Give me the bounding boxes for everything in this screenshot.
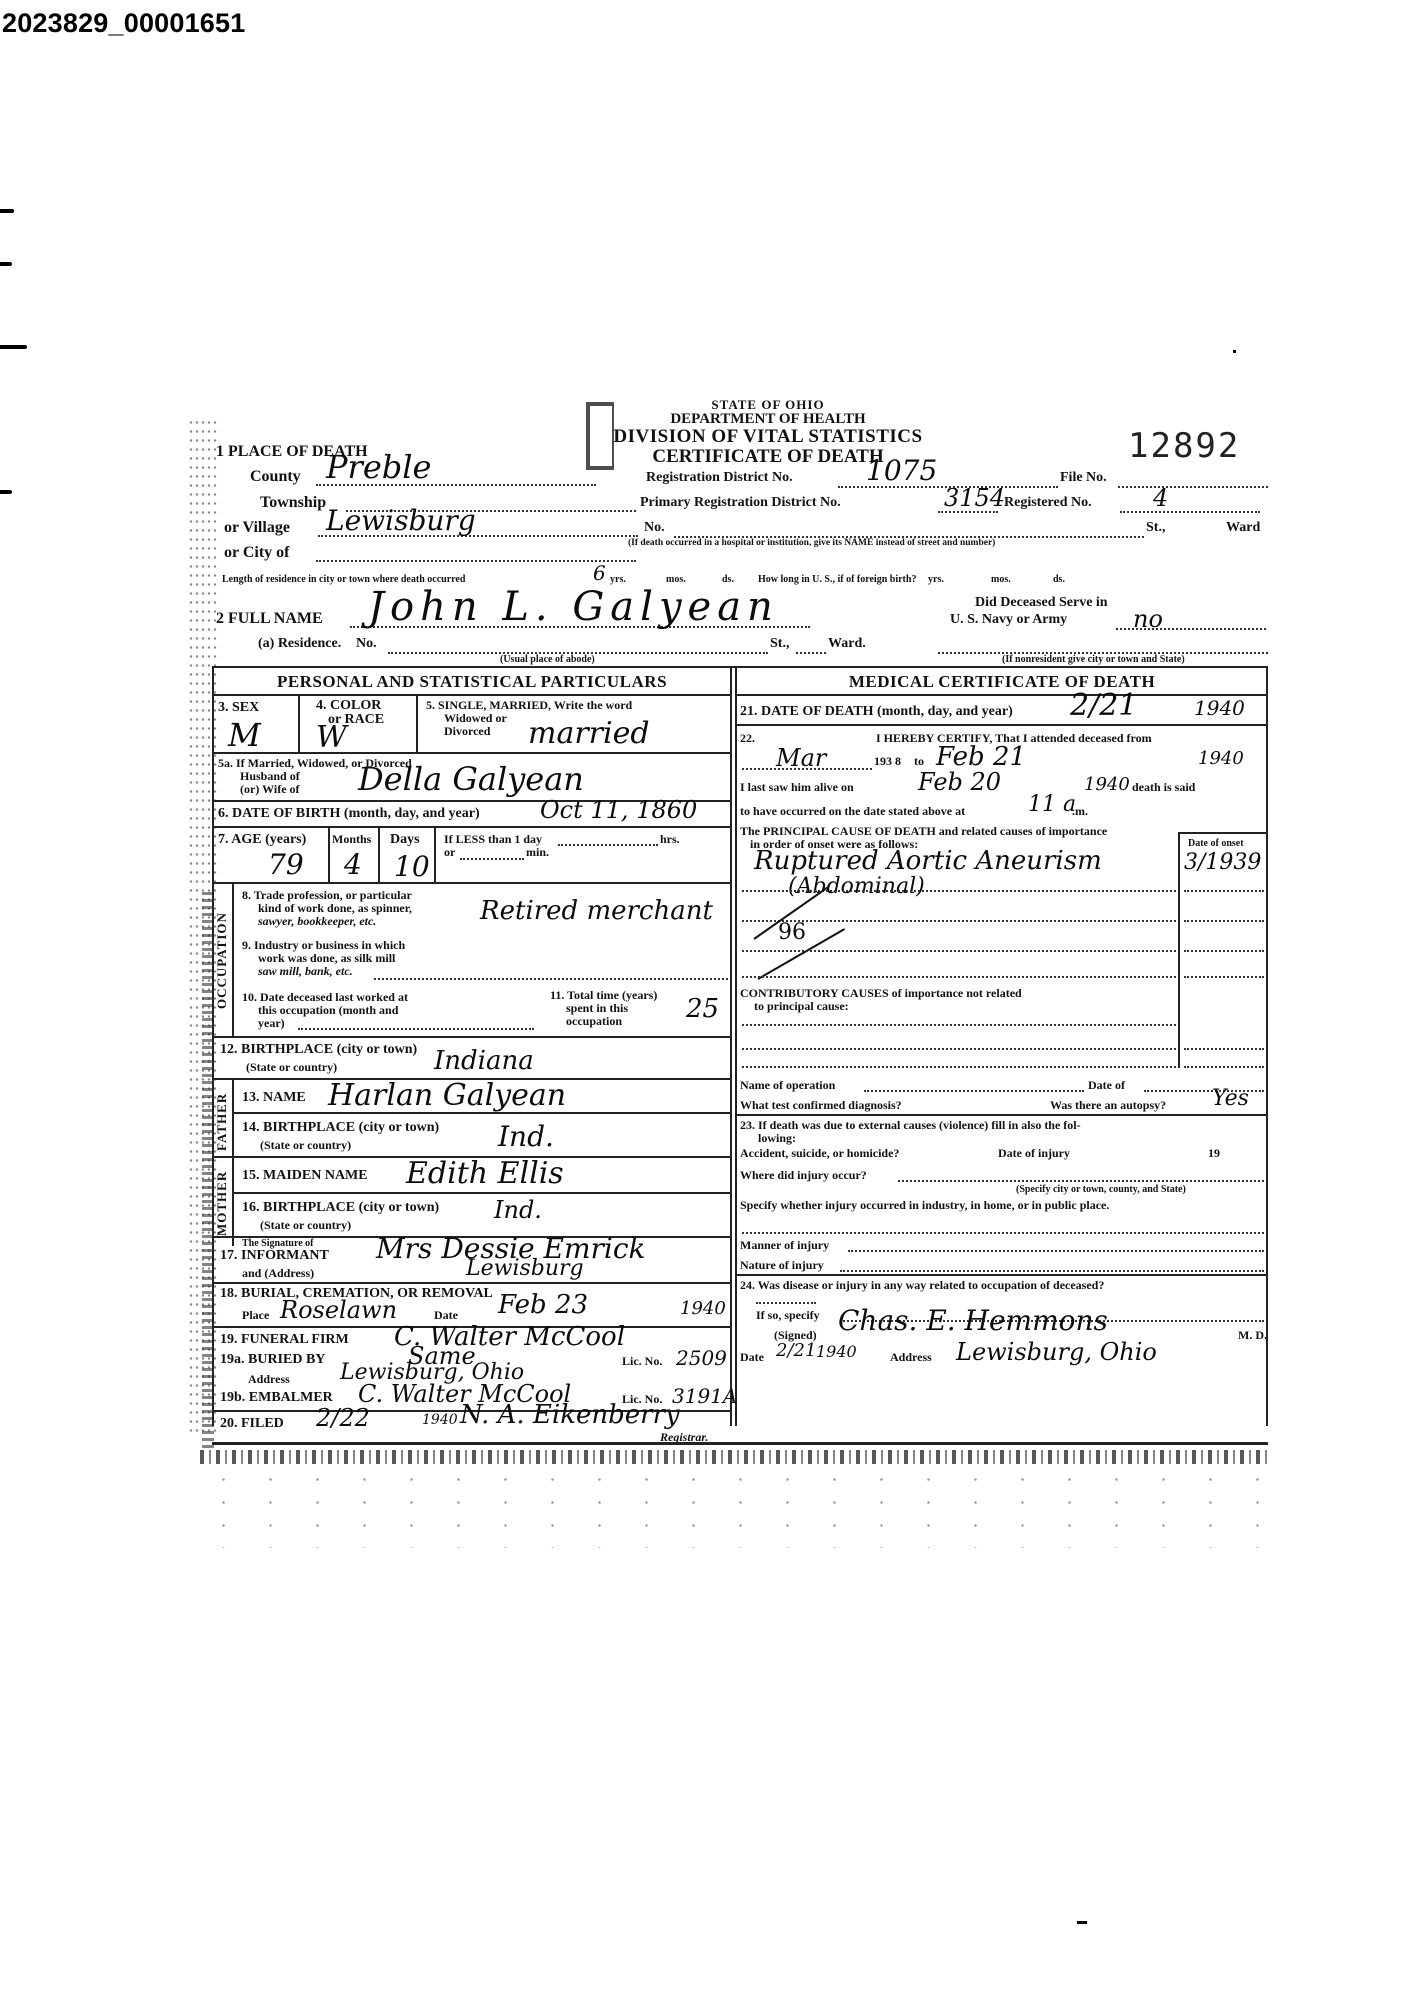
township-label: Township: [260, 494, 326, 512]
mos-label: mos.: [991, 574, 1011, 585]
informant-address-value: Lewisburg: [466, 1256, 584, 1281]
ds-label: ds.: [1053, 574, 1065, 585]
father-name-label: 13. NAME: [242, 1090, 306, 1106]
filed-label: 20. FILED: [220, 1416, 284, 1432]
sex-value: M: [228, 716, 261, 754]
physician-address-value: Lewisburg, Ohio: [956, 1338, 1157, 1366]
file-number-stamp: 12892: [1128, 426, 1240, 466]
registered-no-label: Registered No.: [1004, 495, 1092, 511]
injury-where-label: Where did injury occur?: [740, 1168, 867, 1183]
divider: [735, 1114, 1266, 1116]
buried-by-lic-label: Lic. No.: [622, 1354, 662, 1369]
county-value: Preble: [326, 448, 431, 486]
nature-label: Nature of injury: [740, 1258, 824, 1273]
months-label: Months: [332, 832, 371, 847]
father-birthplace-state-label: (State or country): [260, 1138, 351, 1153]
dotted-line: [1118, 486, 1268, 488]
burial-date-value: Feb 23: [498, 1290, 588, 1320]
primary-district-value: 3154: [944, 484, 1005, 512]
dotted-line: [1184, 920, 1264, 922]
dotted-line: [1120, 511, 1260, 513]
autopsy-label: Was there an autopsy?: [1050, 1098, 1166, 1113]
division-title: DIVISION OF VITAL STATISTICS: [598, 427, 938, 447]
dod-label: 21. DATE OF DEATH (month, day, and year): [740, 704, 1013, 720]
attended-from-year: 193 8: [874, 754, 901, 769]
embalmer-lic-value: 3191A: [672, 1384, 737, 1408]
divider: [735, 724, 1266, 726]
registration-district-label: Registration District No.: [646, 470, 793, 486]
residence-ward-label: Ward.: [828, 636, 866, 652]
dotted-line: [742, 1232, 1264, 1234]
frame-left: [212, 666, 214, 1426]
dotted-line: [316, 560, 636, 562]
dotted-line: [742, 1024, 1176, 1026]
document-id: 2023829_00001651: [2, 8, 245, 39]
foreign-birth-label: How long in U. S., if of foreign birth?: [758, 574, 916, 585]
trade-value: Retired merchant: [480, 896, 713, 926]
primary-district-label: Primary Registration District No.: [640, 495, 841, 511]
industry-label-3: saw mill, bank, etc.: [258, 964, 353, 979]
divider: [434, 826, 436, 882]
divider: [212, 666, 1268, 668]
to-label: to: [914, 754, 924, 769]
hospital-note: (If death occurred in a hospital or inst…: [628, 538, 995, 548]
attended-from-value: Mar: [776, 744, 826, 772]
external-causes-label-2: lowing:: [758, 1131, 796, 1146]
if-so-label: If so, specify: [756, 1308, 820, 1323]
principal-cause-sub: (Abdominal): [788, 874, 925, 899]
father-name-value: Harlan Galyean: [328, 1078, 566, 1113]
divider: [232, 1078, 234, 1246]
full-name-label: 2 FULL NAME: [216, 610, 323, 628]
birthplace-value: Indiana: [434, 1046, 534, 1076]
onset-column-divider: [1178, 832, 1180, 1010]
dod-year: 1940: [1194, 696, 1245, 720]
dotted-line: [848, 1250, 1264, 1252]
divider: [416, 694, 418, 752]
mother-vertical-label: MOTHER: [214, 1160, 230, 1246]
village-value: Lewisburg: [326, 504, 476, 537]
dotted-line: [742, 1066, 1176, 1068]
injury-date-label: Date of injury: [998, 1146, 1070, 1161]
filed-year: 1940: [422, 1412, 458, 1428]
dod-value: 2/21: [1070, 688, 1137, 723]
funeral-firm-label: 19. FUNERAL FIRM: [220, 1332, 349, 1348]
hrs-label: hrs.: [660, 832, 680, 847]
village-label: or Village: [224, 519, 290, 537]
mother-birthplace-state-label: (State or country): [260, 1218, 351, 1233]
medical-section-title: MEDICAL CERTIFICATE OF DEATH: [738, 672, 1266, 692]
dotted-line: [1184, 976, 1264, 978]
residence-no-label: No.: [356, 636, 377, 652]
physician-signature: Chas. E. Hemmons: [838, 1304, 1108, 1337]
dotted-line: [1184, 1048, 1264, 1050]
registered-no-value: 4: [1153, 484, 1168, 512]
principal-cause-value: Ruptured Aortic Aneurism: [754, 846, 1102, 876]
marital-label-divorced: Divorced: [444, 724, 490, 739]
dotted-line: [1184, 890, 1264, 892]
trade-label-3: sawyer, bookkeeper, etc.: [258, 914, 376, 929]
total-time-label-3: occupation: [566, 1014, 622, 1029]
divider: [378, 826, 380, 882]
margin-mark: [0, 209, 14, 213]
military-label-1: Did Deceased Serve in: [975, 595, 1108, 611]
father-birthplace-label: 14. BIRTHPLACE (city or town): [242, 1120, 439, 1136]
death-said-label: death is said: [1132, 780, 1195, 795]
length-residence-value: 6: [593, 561, 606, 585]
yrs-label: yrs.: [928, 574, 944, 585]
last-worked-label-3: year): [258, 1016, 285, 1031]
military-label-2: U. S. Navy or Army: [950, 612, 1067, 628]
age-months-value: 4: [344, 848, 362, 881]
divider: [212, 882, 730, 884]
residence-st-label: St.,: [770, 636, 789, 652]
total-time-value: 25: [686, 994, 719, 1024]
buried-by-label: 19a. BURIED BY: [220, 1352, 325, 1368]
attended-to-year: 1940: [1198, 748, 1244, 769]
burial-place-label: Place: [242, 1308, 269, 1323]
mother-birthplace-label: 16. BIRTHPLACE (city or town): [242, 1200, 439, 1216]
dob-value: Oct 11, 1860: [540, 796, 697, 824]
dotted-line: [840, 1270, 1264, 1272]
divider: [298, 694, 300, 752]
department-title: DEPARTMENT OF HEALTH: [598, 412, 938, 428]
divider: [735, 1274, 1266, 1276]
dotted-line: [898, 1180, 1264, 1182]
registration-district-value: 1075: [866, 454, 937, 487]
personal-section-title: PERSONAL AND STATISTICAL PARTICULARS: [214, 672, 730, 692]
dotted-line: [742, 976, 1176, 978]
occupation-vertical-label: OCCUPATION: [214, 888, 230, 1034]
nonresident-note: (If nonresident give city or town and St…: [1002, 654, 1185, 665]
dotted-line: [460, 858, 524, 860]
dob-label: 6. DATE OF BIRTH (month, day, and year): [218, 806, 480, 822]
dotted-line: [1184, 1066, 1264, 1068]
marital-value: married: [528, 716, 650, 751]
injury-year-label: 19: [1208, 1146, 1220, 1161]
date-onset-label: Date of onset: [1188, 838, 1244, 849]
injury-specify-note: (Specify city or town, county, and State…: [1016, 1184, 1186, 1195]
dotted-line: [374, 978, 728, 980]
death-certificate: STATE OF OHIO DEPARTMENT OF HEALTH DIVIS…: [198, 398, 1270, 1460]
usual-abode-note: (Usual place of abode): [500, 654, 595, 665]
wife-of-label: (or) Wife of: [240, 782, 300, 797]
dotted-line: [864, 1090, 1084, 1092]
father-vertical-label: FATHER: [214, 1082, 230, 1162]
column-divider: [735, 666, 737, 1426]
dotted-line: [742, 890, 1176, 892]
physician-address-label: Address: [890, 1350, 932, 1365]
occupation-related-label: 24. Was disease or injury in any way rel…: [740, 1278, 1104, 1293]
injury-place-note: Specify whether injury occurred in indus…: [740, 1198, 1109, 1213]
color-value: W: [316, 720, 347, 755]
onset-column-divider: [1178, 1010, 1180, 1068]
filed-value: 2/22: [316, 1404, 370, 1432]
dotted-line: [298, 1028, 534, 1030]
occurred-time: 11 a: [1028, 792, 1076, 817]
operation-date-label: Date of: [1088, 1078, 1125, 1093]
divider: [735, 694, 1266, 696]
column-divider: [730, 666, 732, 1426]
mother-maiden-label: 15. MAIDEN NAME: [242, 1168, 368, 1184]
test-label: What test confirmed diagnosis?: [740, 1098, 902, 1113]
dotted-line: [796, 652, 826, 654]
state-title: STATE OF OHIO: [598, 398, 938, 412]
margin-mark: [0, 262, 12, 266]
city-label: or City of: [224, 544, 289, 562]
contributory-label-2: to principal cause:: [754, 999, 849, 1014]
occurred-suffix: .m.: [1072, 804, 1088, 819]
occurred-label: to have occurred on the date stated abov…: [740, 804, 965, 819]
dotted-line: [742, 1048, 1176, 1050]
dotted-line: [756, 1302, 816, 1304]
burial-date-label: Date: [434, 1308, 458, 1323]
dotted-line: [1184, 950, 1264, 952]
frame-bottom: [212, 1442, 1268, 1445]
divider: [212, 1282, 730, 1284]
st-label: St.,: [1146, 520, 1165, 536]
divider: [232, 1112, 730, 1114]
age-days-value: 10: [394, 850, 430, 883]
informant-address-label: and (Address): [242, 1266, 314, 1281]
principal-onset-value: 3/1939: [1184, 850, 1261, 875]
scan-artifact: [1077, 1921, 1087, 1924]
father-birthplace-value: Ind.: [498, 1120, 554, 1153]
residence-label: (a) Residence.: [258, 636, 341, 652]
military-value: no: [1133, 605, 1163, 633]
divider: [212, 694, 730, 696]
operation-label: Name of operation: [740, 1078, 835, 1093]
buried-by-lic-value: 2509: [676, 1346, 727, 1370]
county-label: County: [250, 468, 301, 486]
autopsy-value: Yes: [1212, 1086, 1249, 1111]
ward-label: Ward: [1226, 520, 1260, 536]
divider: [232, 1192, 730, 1194]
md-label: M. D.: [1238, 1328, 1267, 1343]
informant-label: 17. INFORMANT: [220, 1248, 329, 1264]
age-years-value: 79: [268, 848, 304, 881]
mother-maiden-value: Edith Ellis: [406, 1156, 564, 1191]
frame-right: [1266, 666, 1268, 1426]
or-label: or: [444, 845, 455, 860]
file-no-label: File No.: [1060, 470, 1107, 486]
medical-date-year: 1940: [816, 1342, 857, 1361]
dotted-line: [558, 844, 658, 846]
medical-date-label: Date: [740, 1350, 764, 1365]
scan-artifact: [200, 1450, 1270, 1464]
accident-label: Accident, suicide, or homicide?: [740, 1146, 899, 1161]
dotted-line: [742, 920, 1176, 922]
sex-label: 3. SEX: [218, 700, 259, 716]
mother-birthplace-value: Ind.: [494, 1196, 542, 1224]
scan-artifact: [1233, 350, 1236, 353]
street-no-label: No.: [644, 520, 665, 536]
divider: [1178, 832, 1266, 834]
divider: [212, 826, 730, 828]
divider: [328, 826, 330, 882]
birthplace-state-label: (State or country): [246, 1060, 337, 1075]
divider: [212, 1036, 730, 1038]
min-label: min.: [526, 845, 549, 860]
medical-date-value: 2/21: [776, 1340, 816, 1361]
burial-place-value: Roselawn: [280, 1296, 397, 1324]
burial-year: 1940: [680, 1298, 726, 1319]
certify-number: 22.: [740, 731, 755, 746]
dotted-line: [742, 950, 1176, 952]
margin-mark: [0, 345, 27, 349]
spouse-value: Della Galyean: [358, 760, 584, 798]
divider: [212, 752, 730, 754]
cause-code-note: 96: [778, 920, 806, 945]
last-saw-value: Feb 20: [918, 768, 1001, 796]
age-label: 7. AGE (years): [218, 832, 306, 848]
last-saw-label: I last saw him alive on: [740, 780, 854, 795]
divider: [232, 882, 234, 1036]
scan-speckle: [200, 1468, 1270, 1548]
full-name-value: John L. Galyean: [368, 584, 779, 630]
manner-label: Manner of injury: [740, 1238, 829, 1253]
birthplace-label: 12. BIRTHPLACE (city or town): [220, 1042, 417, 1058]
registrar-signature: N. A. Eikenberry: [460, 1400, 680, 1430]
days-label: Days: [390, 832, 420, 848]
margin-mark: [0, 490, 12, 494]
last-saw-year: 1940: [1084, 774, 1130, 795]
address-label: Address: [248, 1372, 290, 1387]
